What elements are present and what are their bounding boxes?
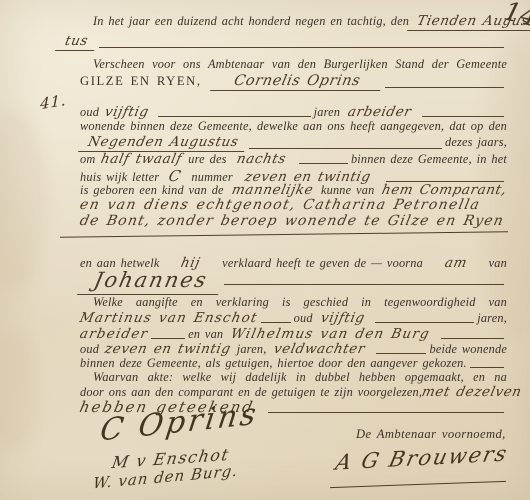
child-name-line: Johannes	[80, 268, 507, 292]
signature-official: A G Brouwers	[333, 441, 511, 474]
year-line: In het jaar een duizend acht honderd neg…	[93, 13, 507, 31]
official-caption: De Ambtenaar voornoemd,	[356, 427, 506, 442]
printed-beide-wonende: beide wonende	[429, 342, 507, 357]
blank-rule	[299, 163, 348, 164]
blank-rule	[158, 116, 311, 117]
printed-residence-text: wonende binnen deze Gemeente, dewelke aa…	[80, 119, 507, 133]
blank-rule	[375, 322, 474, 323]
witness2-name-handwritten: Wilhelmus van den Burg	[230, 326, 432, 342]
blank-rule	[99, 47, 504, 48]
birth-date-handwritten: Negenden Augustus	[78, 134, 248, 152]
printed-jaren: jaren,	[237, 342, 267, 357]
child-sex-line: is geboren een kind van de mannelijke ku…	[80, 182, 507, 198]
record-number: 41.	[40, 91, 67, 113]
birth-time-line: om half twaalf ure des nachts binnen dez…	[80, 151, 507, 167]
printed-oud: oud	[80, 342, 99, 357]
time-of-day-handwritten: nachts	[235, 151, 287, 167]
printed-oud: oud	[294, 311, 313, 326]
declarant-occupation-handwritten: arbeider	[346, 104, 413, 120]
witness1-age-handwritten: vijftig	[319, 310, 366, 326]
blank-rule	[376, 353, 426, 354]
declarant-age-handwritten: vijftig	[103, 104, 150, 120]
witness2-age-handwritten: zeven en twintig	[103, 341, 232, 357]
printed-witnesses-chosen: binnen deze Gemeente, als getuigen, hier…	[80, 356, 467, 371]
printed-om: om	[80, 152, 95, 167]
printed-en-van: en van	[188, 327, 223, 342]
municipality-name: GILZE EN RYEN,	[80, 74, 202, 89]
witness1-name-handwritten: Martinus van Enschot	[78, 310, 259, 326]
father-reference-handwritten: hem Comparant,	[381, 182, 509, 198]
deed-line-1: Waarvan akte: welke wij dadelijk in dubb…	[93, 370, 507, 385]
paper-stain	[0, 330, 40, 450]
child-first-name-handwritten: Johannes	[77, 268, 224, 295]
printed-jaren: jaren,	[477, 311, 507, 326]
municipality-declarant-line: GILZE EN RYEN, Cornelis Oprins	[80, 73, 507, 91]
blank-rule	[385, 87, 504, 88]
date-continuation-line: tus	[57, 33, 507, 51]
signature-flourish-rule	[330, 481, 506, 488]
blank-rule	[268, 412, 504, 413]
printed-deed-text-1: Waarvan akte: welke wij dadelijk in dubb…	[93, 370, 507, 384]
birthdate-line: Negenden Augustus dezes jaars,	[80, 134, 507, 152]
blank-rule	[261, 322, 291, 323]
section-divider-rule	[60, 231, 508, 237]
printed-is-geboren: is geboren een kind van de	[80, 183, 224, 198]
witness1-occupation-handwritten: arbeider	[78, 326, 150, 342]
printed-kunne-van: kunne van	[321, 183, 375, 198]
blank-rule	[224, 284, 504, 285]
appearance-line: Verscheen voor ons Ambtenaar van den Bur…	[93, 57, 507, 72]
birth-hour-handwritten: half twaalf	[100, 151, 184, 167]
witnesses-intro-line: Welke aangifte en verklaring is geschied…	[93, 295, 507, 310]
printed-year-text: In het jaar een duizend acht honderd neg…	[93, 14, 409, 29]
printed-dezes-jaars: dezes jaars,	[445, 135, 507, 150]
blank-rule	[441, 338, 504, 339]
child-sex-handwritten: mannelijke	[230, 182, 315, 198]
residence-line: wonende binnen deze Gemeente, dewelke aa…	[80, 119, 507, 134]
blank-rule	[249, 148, 442, 149]
paper-stain	[0, 110, 48, 290]
declarant-name-handwritten: Cornelis Oprins	[210, 73, 384, 91]
witness2-line: arbeider en van Wilhelmus van den Burg	[80, 326, 507, 342]
birth-certificate-scan: 14 41. In het jaar een duizend acht hond…	[0, 0, 530, 500]
blank-rule	[470, 367, 504, 368]
handwritten-date-part1: Tienden Augus	[407, 13, 530, 31]
witness2-occupation-handwritten: veldwachter	[273, 341, 367, 357]
blank-rule	[151, 338, 185, 339]
witnesses-chosen-line: binnen deze Gemeente, als getuigen, hier…	[80, 356, 507, 371]
mother-name-handwritten-1: en van diens echtgenoot, Catharina Petro…	[78, 197, 482, 213]
mother-line-2: de Bont, zonder beroep wonende te Gilze …	[80, 213, 507, 229]
printed-witnesses-intro: Welke aangifte en verklaring is geschied…	[93, 295, 507, 309]
printed-ure-des: ure des	[188, 152, 226, 167]
handwritten-date-part2: tus	[55, 33, 98, 51]
age-occupation-line: oud vijftig jaren arbeider	[80, 104, 507, 120]
witness2-age-line: oud zeven en twintig jaren, veldwachter …	[80, 341, 507, 357]
mother-line-1: en van diens echtgenoot, Catharina Petro…	[80, 197, 507, 213]
printed-gemeente-in-het: binnen deze Gemeente, in het	[351, 152, 507, 167]
printed-appearance-text: Verscheen voor ons Ambtenaar van den Bur…	[93, 57, 507, 71]
printed-oud: oud	[80, 105, 99, 120]
mother-name-handwritten-2: de Bont, zonder beroep wonende te Gilze …	[78, 213, 505, 229]
printed-jaren: jaren	[314, 105, 341, 120]
blank-rule	[422, 116, 504, 117]
witness1-line: Martinus van Enschot oud vijftig jaren,	[80, 310, 507, 326]
